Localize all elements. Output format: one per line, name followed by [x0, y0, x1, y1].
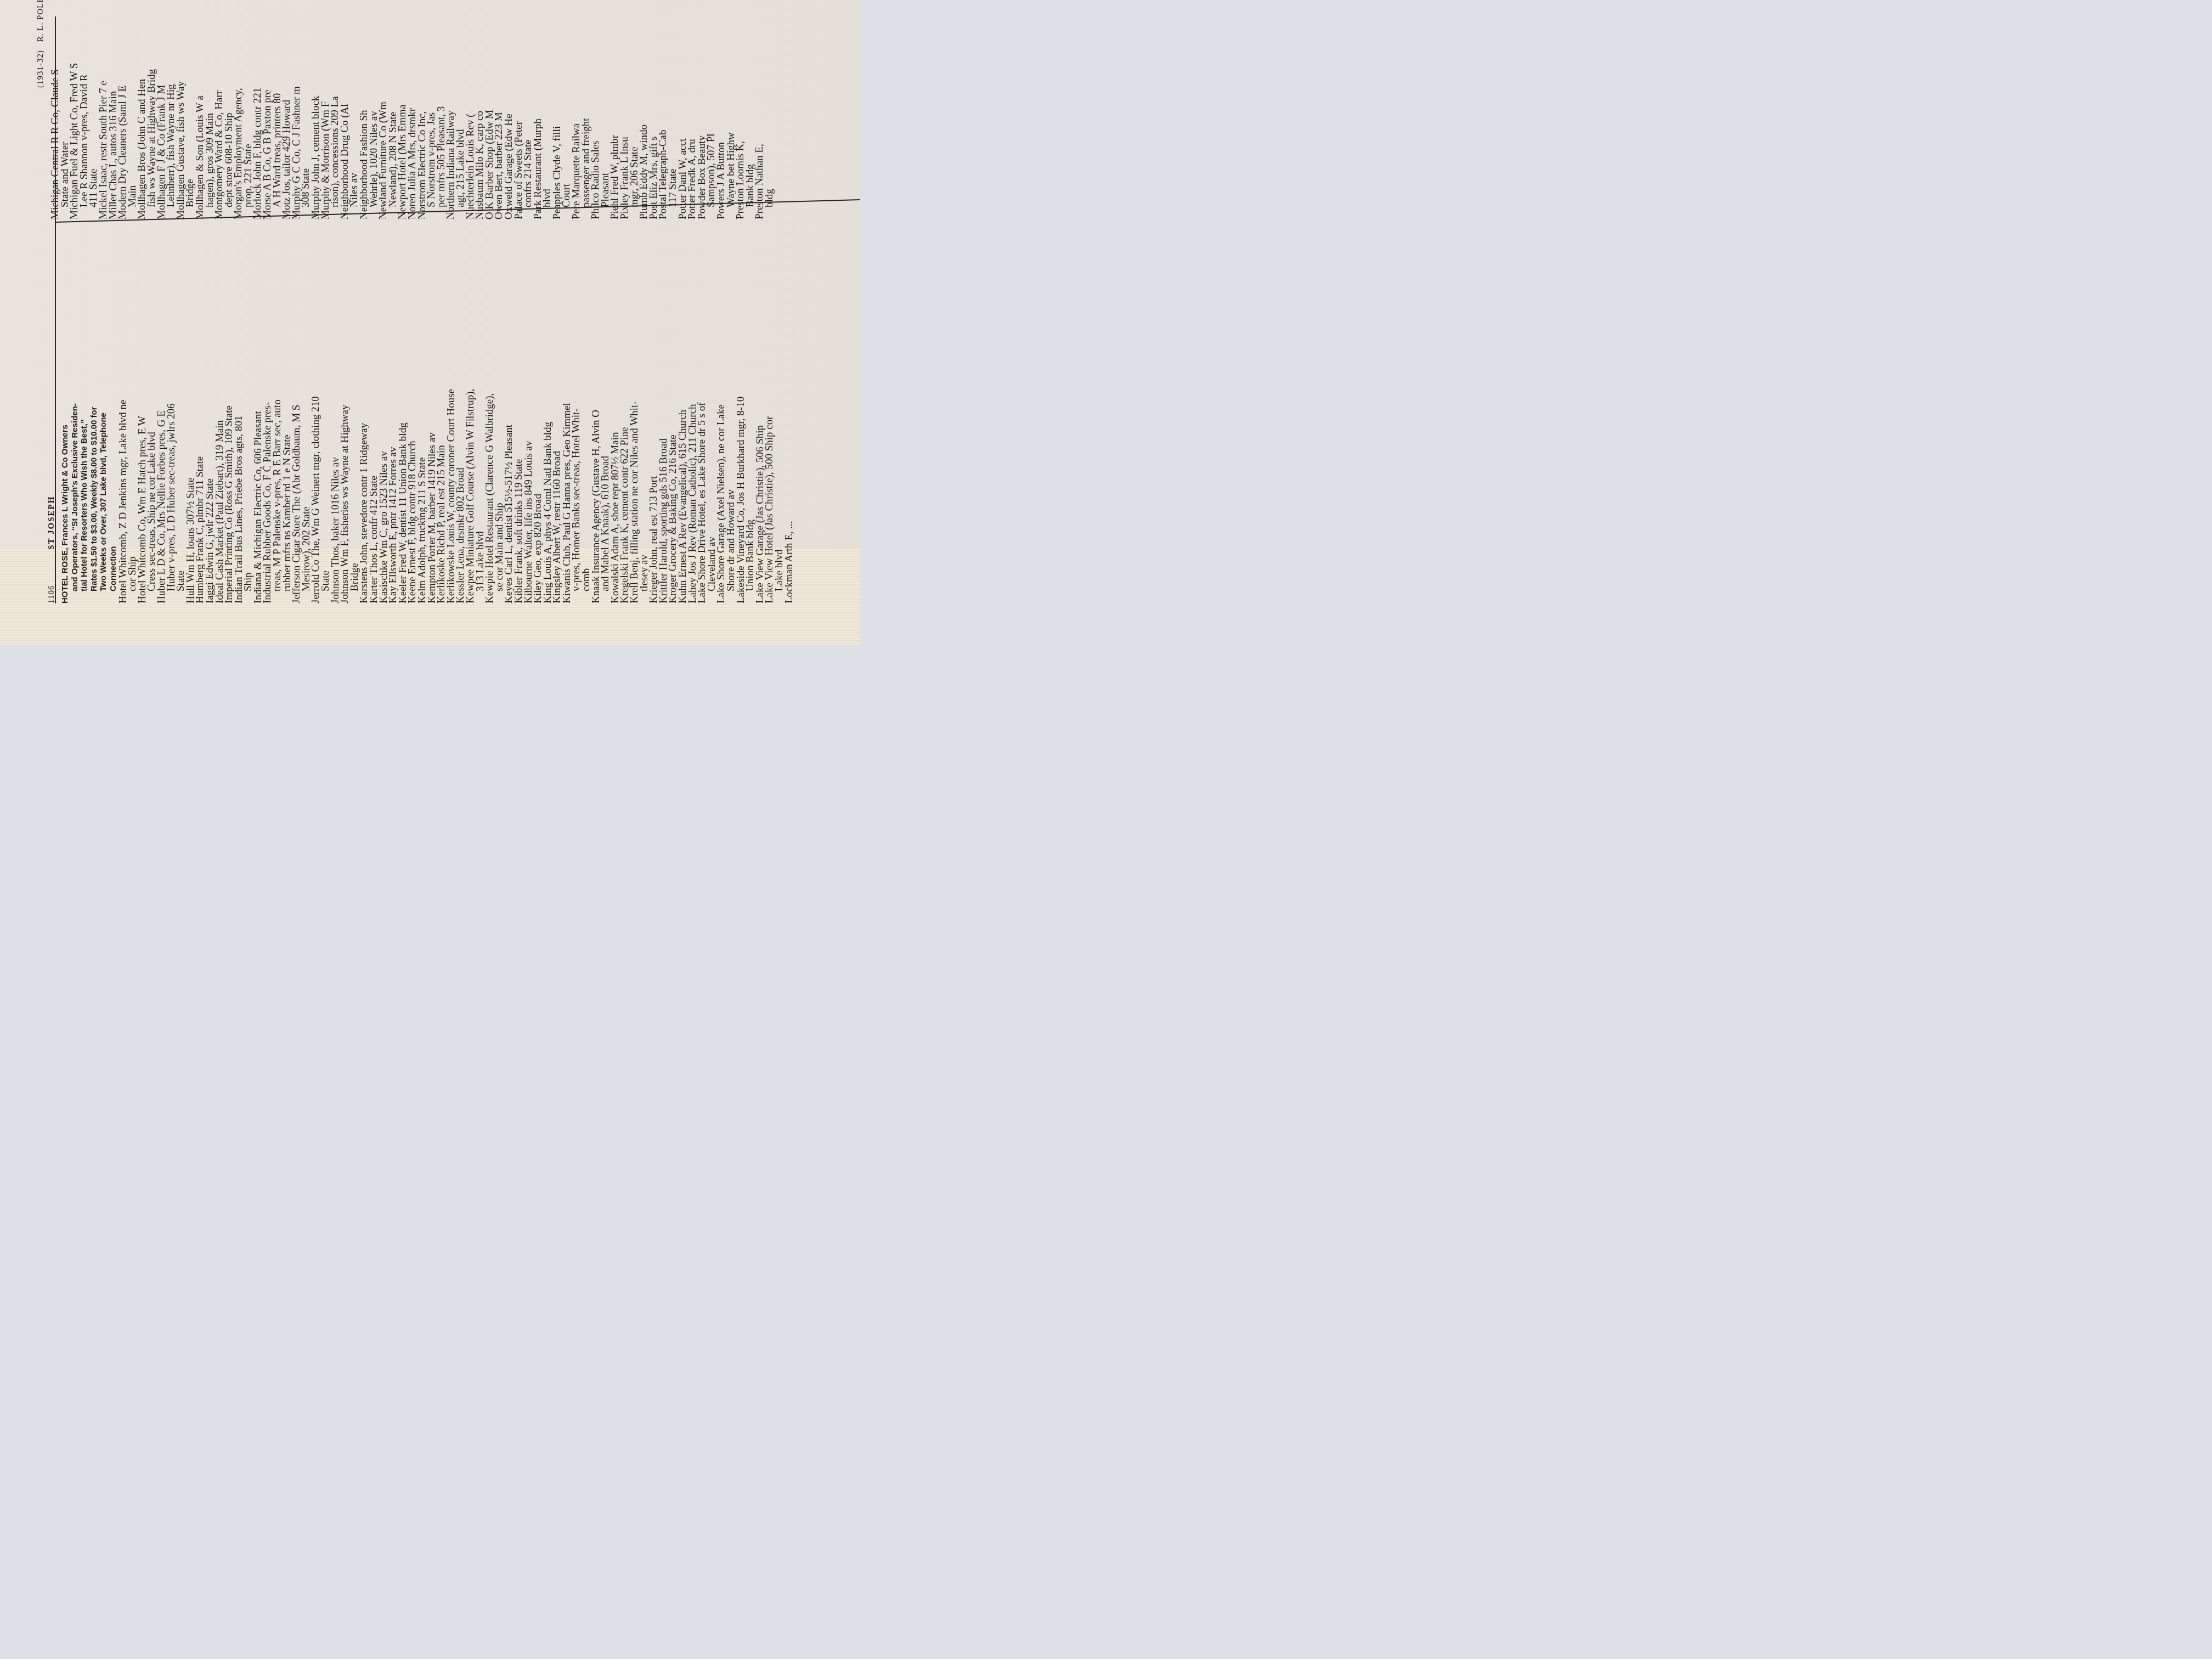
directory-entry: Kelm Adolph, trucking 211 S State: [417, 389, 427, 603]
ad-line: Two Weeks or Over, 307 Lake blvd, Teleph…: [99, 389, 109, 603]
running-head-right: (1931-32) R. L. POLK: [36, 0, 46, 88]
directory-entry: Shore dr and Howard av: [726, 389, 736, 603]
ad-line: tial Hotel for Resorters Who Wish the Be…: [80, 389, 89, 603]
directory-entry: Murphy John J, cement block: [311, 63, 321, 219]
book-page: 1106 ST JOSEPH (1931-32) R. L. POLK HOTE…: [0, 0, 860, 645]
directory-entry: Iaggi Edwin G, jwlr 222 State: [205, 389, 215, 603]
directory-entry: Powers J A Button: [716, 63, 726, 219]
directory-entry: Lake blvd: [775, 389, 785, 603]
directory-entry: Oxweld Garage (Edw He: [504, 63, 514, 219]
directory-entry: Neighborhood Fashion Sh: [359, 63, 369, 219]
directory-entry: agt, 215 Lake blvd: [456, 63, 466, 219]
directory-entry: Noren Julia A Mrs, drsmkr: [408, 63, 417, 219]
directory-entry: 117 State: [668, 63, 678, 219]
directory-entry: Michigan Central R R Co, Claude S: [50, 63, 60, 219]
ad-line: HOTEL ROSE, Frances L Wright & Co Owners: [60, 389, 70, 603]
directory-entry: Huber L D & Co, Mrs Nellie Forbes pres, …: [157, 389, 167, 603]
ad-line: and Operators, “St Joseph's Exclusive Re…: [70, 389, 80, 603]
year-range: (1931-32): [36, 50, 45, 88]
publisher: R. L. POLK: [36, 0, 45, 42]
directory-entry: fish ws Wayne at Highway Bridg: [147, 63, 157, 219]
directory-entry: bldg: [765, 63, 775, 219]
ad-line: Connection: [109, 389, 119, 603]
directory-entry: Mollhagen & Son (Louis W a: [195, 63, 205, 219]
directory-entry: Kewpee Miniature Golf Course (Alvin W Fi…: [466, 389, 476, 603]
ad-line: Rates $1.50 to $3.00, Weekly $8.00 to $1…: [89, 389, 99, 603]
directory-entry: State: [321, 389, 331, 603]
directory-entry: Krell Benj, filling station ne cor Niles…: [630, 389, 640, 603]
directory-entry: Indian Trail Bus Lines, Priebe Bros agts…: [234, 389, 244, 603]
right-entries: Michigan Central R R Co, Claude SState a…: [50, 63, 775, 219]
left-entries: Hotel Whitcomb, Z D Jenkins mgr, Lake bl…: [119, 389, 794, 603]
directory-entry: Mickel Isaac, restr South Pier 7 e: [99, 63, 109, 219]
directory-entry: Kibler Frank, soft drinks 119 State: [514, 389, 524, 603]
directory-entry: Pixley Frank L Insu: [620, 63, 630, 219]
hotel-rose-ad: HOTEL ROSE, Frances L Wright & Co Owners…: [60, 389, 119, 603]
directory-entry: Kuhn Ernest A Rev (Evangelical), 615 Chu…: [678, 389, 688, 603]
column-left: HOTEL ROSE, Frances L Wright & Co Owners…: [60, 389, 794, 603]
column-right: Michigan Central R R Co, Claude SState a…: [50, 63, 775, 219]
directory-entry: Lockman Arth E, ...: [785, 389, 794, 603]
directory-entry: Karter Thos L, confr 412 State: [369, 389, 379, 603]
